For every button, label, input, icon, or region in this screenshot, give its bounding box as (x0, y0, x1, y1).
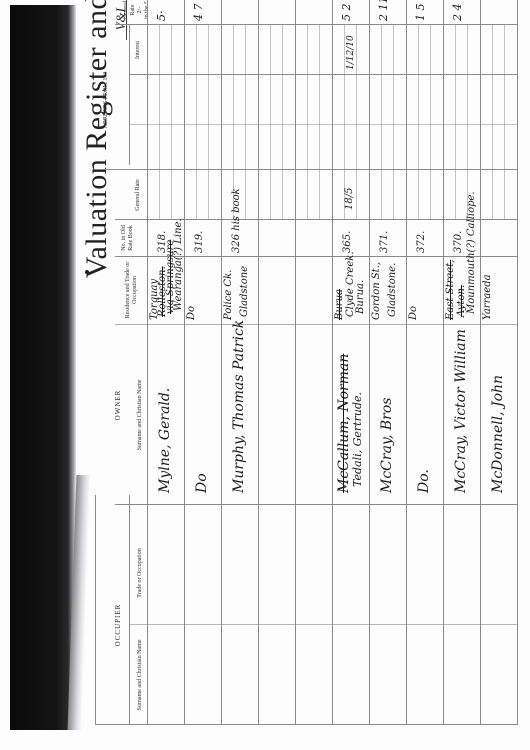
residence-line: Police Ck. (223, 270, 234, 320)
general-rate: 18/5 (344, 188, 355, 210)
table-row: McCray, BrosGordon St.,Gladstone.371.2 1… (369, 0, 406, 725)
residence-line: Do (186, 306, 197, 320)
residence-line: Mounmouth(?) Calliope. (466, 191, 477, 314)
rate-in-pound: 4 7 3 (192, 0, 205, 21)
owner: McCray, Bros (379, 398, 395, 493)
owner: Mylne, Gerald. (157, 388, 173, 493)
table-row: DoDo319.4 7 3 (184, 0, 221, 725)
table-row: McCallum, NormanTedali, Gertrude.BuruaCl… (332, 0, 369, 725)
rate-in-pound: 5 2 (340, 4, 353, 22)
owner: McDonnell, John (490, 375, 506, 493)
residence-line: Yarraeda (482, 274, 493, 320)
header-occupier: OCCUPIER (115, 565, 122, 685)
rate-in-pound: 2 4 9 (451, 0, 464, 21)
owner-line2: Tedali, Gertrude. (351, 392, 364, 487)
residence-line: Burua. (355, 280, 366, 314)
punch-mark (85, 270, 89, 274)
header-rate-in-pound-label: General Rate (123, 0, 137, 25)
old-rate-no: 372. (416, 231, 427, 253)
register-page: Valuation Register and V&I OCCUPIER Surn… (80, 0, 530, 750)
old-rate-no: 371. (379, 231, 390, 253)
owner: McCallum, Norman (336, 354, 352, 493)
residence-line: Wearanga(?) Line. (173, 218, 184, 311)
residence-line: Gordon St., (371, 262, 382, 320)
header-old-rate-book: No. in Old Rate Book (121, 221, 135, 255)
old-rate-no: 318. (157, 231, 168, 253)
table-row (258, 0, 295, 725)
scan-edge-shadow (10, 5, 76, 730)
residence-line: Gladstone. (387, 263, 398, 317)
old-rate-no: 370. (453, 231, 464, 253)
owner: Do (194, 473, 210, 493)
header-occupier-name: Surname and Christian Name (137, 625, 144, 725)
rate-in-pound: 5· (155, 11, 168, 22)
residence-line: Do (408, 306, 419, 320)
grid-row-line (517, 0, 518, 725)
header-interest: Interest (135, 30, 142, 70)
table-row: Mylne, Gerald.TorquayRolleston.via Sprin… (147, 0, 184, 725)
grid-row-line (129, 25, 130, 165)
interest: 1/12/10 (346, 35, 356, 70)
grid-row-line (95, 495, 96, 725)
header-rate-in-pound-fraction: 2/- (137, 0, 144, 25)
header-owner: OWNER (115, 345, 122, 465)
header-residence: Residence and Trade or Occupation (125, 260, 139, 320)
old-rate-no: 365. (342, 231, 353, 253)
owner: Do. (416, 469, 432, 493)
rate-in-pound: 1 5 3 (414, 0, 427, 21)
header-arrears: ARREARS FROM 193 (103, 35, 110, 165)
rate-in-pound: 2 11 (377, 0, 390, 21)
table-row: McCray, Victor WilliamEast Street,Ayton.… (443, 0, 480, 725)
residence-line: Ayton. (456, 285, 467, 317)
register-table: OCCUPIER Surname and Christian Name Trad… (95, 0, 495, 725)
table-row: McDonnell, JohnYarraeda (480, 0, 517, 725)
header-general-rate: General Rate (135, 175, 142, 215)
grid-row-line (129, 495, 130, 725)
owner: McCray, Victor William (453, 329, 469, 493)
header-owner-name: Surname and Christian Name (137, 325, 144, 505)
old-rate-no: 326 his book (231, 188, 242, 253)
header-occupier-trade: Trade or Occupation (137, 523, 144, 623)
residence-line: Clyde Creek. (345, 251, 356, 317)
residence-line: Burua (334, 289, 345, 320)
table-row: Do.Do372.1 5 3 (406, 0, 443, 725)
owner: Murphy, Thomas Patrick (231, 320, 247, 493)
residence-line: Gladstone (239, 266, 250, 317)
old-rate-no: 319. (194, 231, 205, 253)
table-row: Murphy, Thomas PatrickPolice Ck.Gladston… (221, 0, 258, 725)
table-row (295, 0, 332, 725)
residence-line: East Street, (445, 260, 456, 320)
